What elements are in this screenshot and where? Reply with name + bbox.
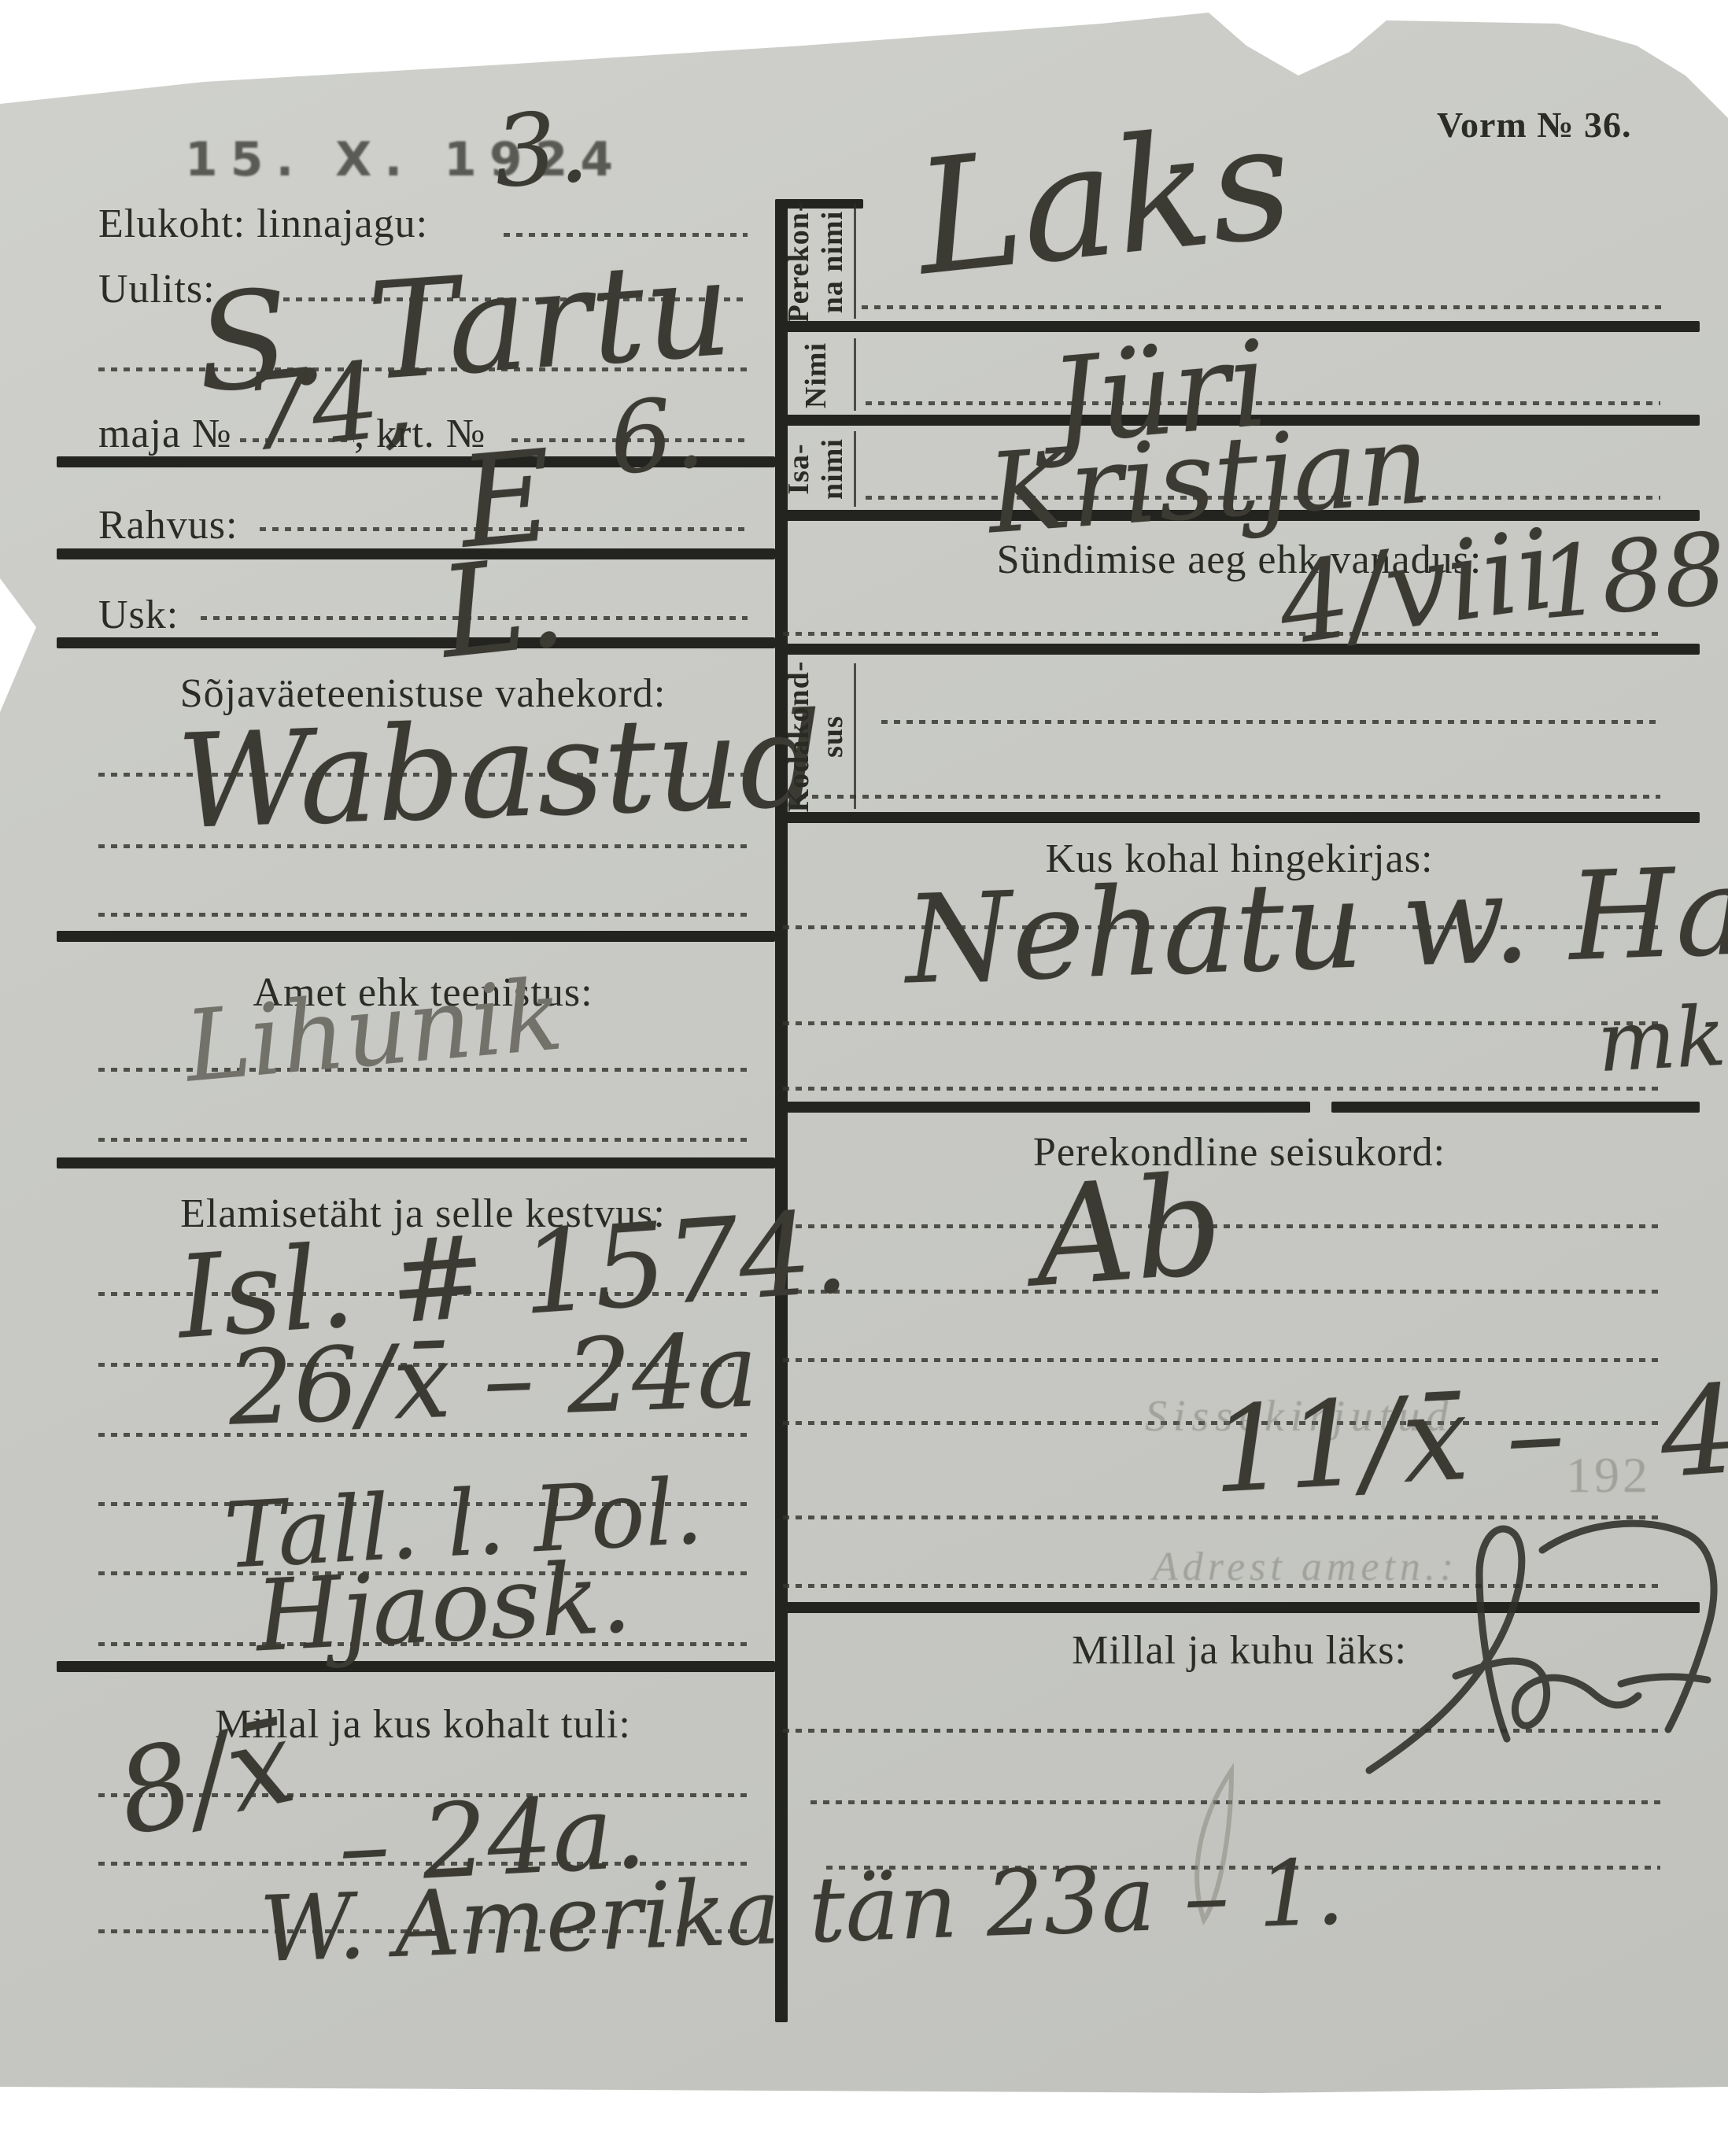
- hingekiri-value: Nehatu w. Harju: [903, 844, 1728, 1001]
- perekonnanimi-value: Laks: [910, 103, 1298, 299]
- signature-scribble: [1361, 1479, 1728, 1794]
- perekonnanimi-label-line1: Perekon-: [782, 201, 816, 323]
- nimi-label-text: Nimi: [799, 342, 833, 408]
- perekonnanimi-label-line2: na nimi: [816, 211, 850, 314]
- isanimi-label-line2: nimi: [816, 438, 850, 500]
- sundimine-value-day: 4/viii: [1272, 515, 1560, 662]
- right-column: Perekon- na nimi Laks Nimi Jüri Isa- nim…: [0, 0, 1728, 2156]
- scanned-registration-card: 15. X. 1924 3. Vorm № 36.: [0, 0, 1728, 2156]
- perekonnanimi-label: Perekon- na nimi: [769, 199, 863, 325]
- kodakondsus-label-line2: sus: [816, 715, 850, 758]
- seisukord-header: Perekondline seisukord:: [866, 1129, 1613, 1176]
- isanimi-label-line1: Isa-: [782, 443, 816, 494]
- registration-date-hw-year: 4: [1656, 1368, 1728, 1496]
- isanimi-label: Isa- nimi: [773, 428, 859, 510]
- hingekiri-value2: mk.: [1595, 994, 1728, 1084]
- sundimine-value-year: 1887 a: [1534, 506, 1728, 633]
- kodakondsus-label: Kodakond- sus: [769, 658, 863, 815]
- seisukord-value: Ab: [1030, 1157, 1227, 1307]
- isanimi-value: Kristjan: [984, 410, 1433, 551]
- nimi-label: Nimi: [773, 336, 859, 415]
- kodakondsus-label-line1: Kodakond-: [782, 661, 816, 813]
